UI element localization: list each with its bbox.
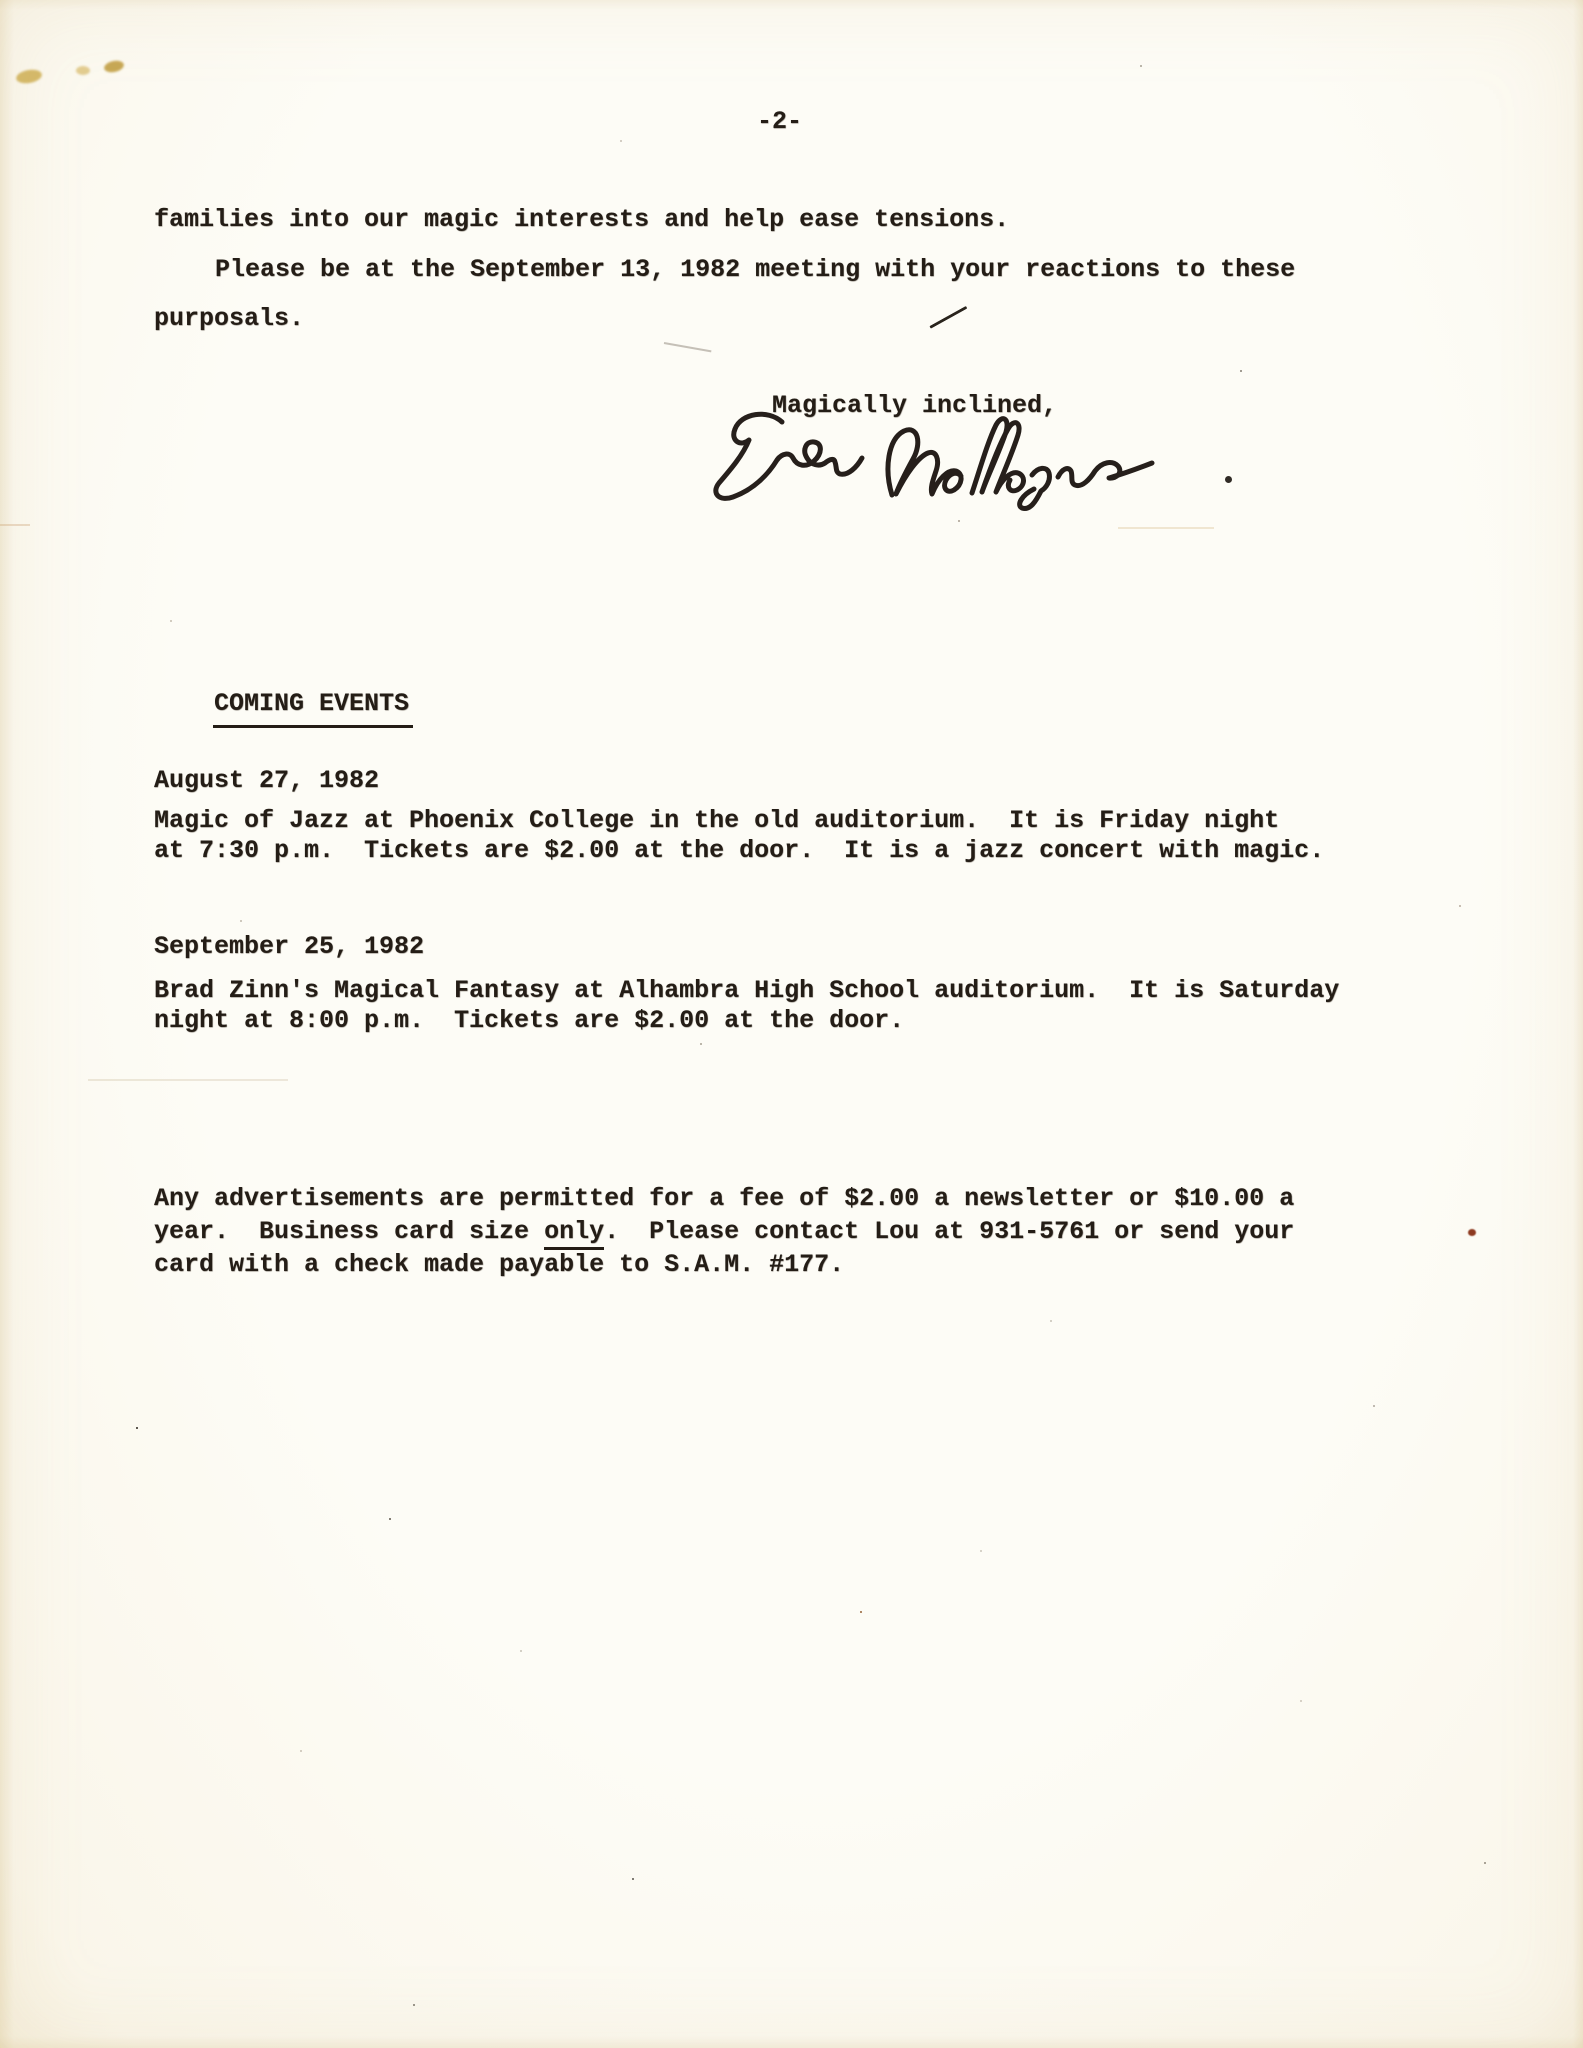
paper-specks xyxy=(0,0,2,2)
pencil-mark xyxy=(664,342,712,352)
signature-stroke-lou xyxy=(716,414,862,498)
ads-line2-underlined-word: only xyxy=(544,1217,604,1250)
ads-line2-after: . Please contact Lou at 931-5761 or send… xyxy=(604,1217,1294,1246)
ads-line2-before: year. Business card size xyxy=(154,1217,544,1246)
paper-stain xyxy=(103,59,125,74)
signature-stroke-ue-flourish xyxy=(1058,463,1152,486)
letter-paragraph-line: purposals. xyxy=(154,304,304,334)
event-date: August 27, 1982 xyxy=(154,766,379,796)
paper-stain xyxy=(15,68,43,85)
letter-paragraph-line: families into our magic interests and he… xyxy=(154,205,1009,235)
event-description-line: Brad Zinn's Magical Fantasy at Alhambra … xyxy=(154,976,1339,1006)
event-description-line: at 7:30 p.m. Tickets are $2.00 at the do… xyxy=(154,836,1324,866)
paper-scratch xyxy=(88,1079,288,1081)
event-description-line: night at 8:00 p.m. Tickets are $2.00 at … xyxy=(154,1006,904,1036)
pen-slash-mark xyxy=(929,306,967,329)
ads-paragraph-line: year. Business card size only. Please co… xyxy=(154,1217,1294,1247)
signature-stroke-ma xyxy=(888,430,961,495)
event-date: September 25, 1982 xyxy=(154,932,424,962)
signature-stroke-llo xyxy=(972,419,1024,493)
scanned-letter-page: -2- families into our magic interests an… xyxy=(0,0,1583,2048)
page-number: -2- xyxy=(757,107,802,137)
signature-handwriting xyxy=(710,406,1170,518)
coming-events-heading: COMING EVENTS xyxy=(154,659,413,758)
paper-stain xyxy=(76,66,90,75)
signature-period-dot xyxy=(1225,476,1232,483)
paper-scratch xyxy=(0,524,30,526)
paper-scratch xyxy=(1118,527,1214,529)
ink-blot xyxy=(1468,1229,1476,1236)
coming-events-heading-text: COMING EVENTS xyxy=(213,689,413,728)
event-description-line: Magic of Jazz at Phoenix College in the … xyxy=(154,806,1279,836)
ads-paragraph-line: card with a check made payable to S.A.M.… xyxy=(154,1250,844,1280)
letter-paragraph-line: Please be at the September 13, 1982 meet… xyxy=(215,255,1295,285)
ads-paragraph-line: Any advertisements are permitted for a f… xyxy=(154,1184,1294,1214)
